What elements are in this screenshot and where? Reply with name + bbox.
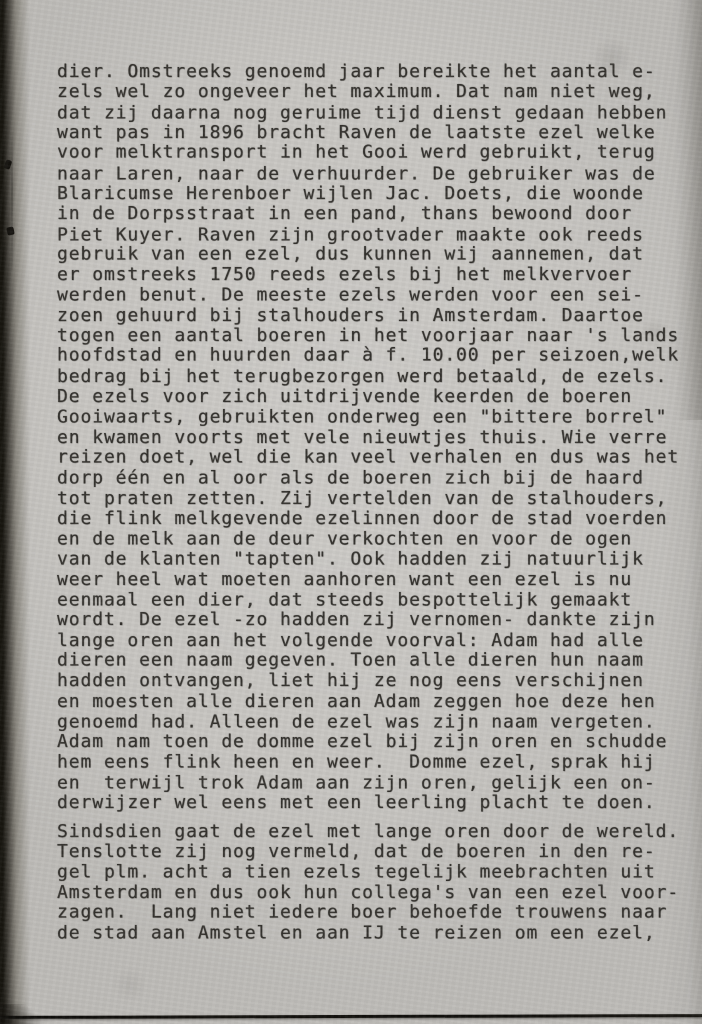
text-line: werden benut. De meeste ezels werden voo… (57, 286, 699, 306)
text-line: dat zij daarna nog geruime tijd dienst g… (57, 103, 699, 123)
text-line: gel plm. acht a tien ezels tegelijk meeb… (57, 862, 699, 882)
text-line: gebruik van een ezel, dus kunnen wij aan… (57, 245, 699, 265)
page-bottom-corner-shadow (0, 1004, 46, 1024)
text-line: naar Laren, naar de verhuurder. De gebru… (57, 164, 699, 184)
text-line: van de klanten "tapten". Ook hadden zij … (57, 549, 699, 569)
text-line: en de melk aan de deur verkochten en voo… (57, 529, 699, 549)
text-line: Blaricumse Herenboer wijlen Jac. Doets, … (57, 184, 699, 204)
text-line: wordt. De ezel -zo hadden zij vernomen- … (57, 610, 699, 630)
text-line: die flink melkgevende ezelinnen door de … (57, 509, 699, 529)
text-line: en terwijl trok Adam aan zijn oren, geli… (57, 773, 699, 793)
text-line: hadden ontvangen, liet hij ze nog eens v… (57, 671, 699, 691)
text-line: weer heel wat moeten aanhoren want een e… (57, 570, 699, 590)
text-line: dier. Omstreeks genoemd jaar bereikte he… (57, 62, 699, 82)
text-line: Gooiwaarts, gebruikten onderweg een "bit… (57, 408, 699, 428)
paragraph-1: dier. Omstreeks genoemd jaar bereikte he… (57, 62, 699, 814)
text-line: derwijzer wel eens met een leerling plac… (57, 793, 699, 813)
text-line: Tenslotte zij nog vermeld, dat de boeren… (57, 842, 699, 862)
text-line: hoofdstad en huurden daar à f. 10.00 per… (57, 346, 699, 366)
text-line: de stad aan Amstel en aan IJ te reizen o… (57, 923, 699, 943)
text-line: eenmaal een dier, dat steeds bespottelij… (57, 590, 699, 610)
text-line: Adam nam toen de domme ezel bij zijn ore… (57, 732, 699, 752)
text-line: zels wel zo ongeveer het maximum. Dat na… (57, 82, 699, 102)
text-line: Sindsdien gaat de ezel met lange oren do… (57, 822, 699, 842)
page-bottom-edge (0, 1014, 702, 1019)
text-line: Amsterdam en dus ook hun collega's van e… (57, 883, 699, 903)
text-line: lange oren aan het volgende voorval: Ada… (57, 631, 699, 651)
paragraph-2: Sindsdien gaat de ezel met lange oren do… (57, 822, 699, 944)
text-line: dorp één en al oor als de boeren zich bi… (57, 469, 699, 489)
text-line: in de Dorpsstraat in een pand, thans bew… (57, 204, 699, 224)
text-line: dieren een naam gegeven. Toen alle diere… (57, 651, 699, 671)
text-line: zoen gehuurd bij stalhouders in Amsterda… (57, 306, 699, 326)
text-line: voor melktransport in het Gooi werd gebr… (57, 143, 699, 163)
scanned-page: dier. Omstreeks genoemd jaar bereikte he… (0, 0, 702, 1024)
text-line: Piet Kuyer. Raven zijn grootvader maakte… (57, 225, 699, 245)
binding-shadow (0, 0, 30, 1024)
text-line: en kwamen voorts met vele nieuwtjes thui… (57, 428, 699, 448)
paper-crease (11, 130, 13, 270)
text-line: bedrag bij het terugbezorgen werd betaal… (57, 367, 699, 387)
typewritten-text: dier. Omstreeks genoemd jaar bereikte he… (57, 62, 699, 943)
text-line: en moesten alle dieren aan Adam zeggen h… (57, 692, 699, 712)
text-line: want pas in 1896 bracht Raven de laatste… (57, 123, 699, 143)
text-line: er omstreeks 1750 reeds ezels bij het me… (57, 265, 699, 285)
text-line: hem eens flink heen en weer. Domme ezel,… (57, 752, 699, 772)
text-line: reizen doet, wel die kan veel verhalen e… (57, 448, 699, 468)
staple-mark (6, 226, 15, 235)
text-line: togen een aantal boeren in het voorjaar … (57, 326, 699, 346)
text-line: tot praten zetten. Zij vertelden van de … (57, 489, 699, 509)
text-line: genoemd had. Alleen de ezel was zijn naa… (57, 712, 699, 732)
text-line: De ezels voor zich uitdrijvende keerden … (57, 387, 699, 407)
text-line: zagen. Lang niet iedere boer behoefde tr… (57, 903, 699, 923)
